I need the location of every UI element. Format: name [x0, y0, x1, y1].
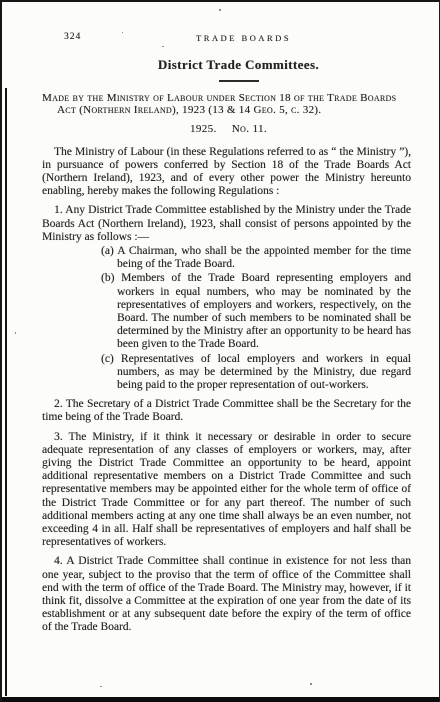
- regulation-1: 1. Any District Trade Committee establis…: [42, 204, 411, 244]
- regulation-1-subitem-b: (b) Members of the Trade Board represent…: [101, 272, 411, 351]
- subitem-c-text: Representatives of local employers and w…: [117, 353, 411, 391]
- regulation-1-subitem-a: (a) A Chairman, who shall be the appoint…: [101, 245, 411, 271]
- instrument-number: No. 11.: [232, 123, 267, 135]
- bottom-scan-bar: [2, 697, 439, 702]
- gutter-scan-line: [5, 88, 7, 696]
- regulation-4-text: A District Trade Committee shall continu…: [42, 555, 411, 633]
- regulation-2-text: The Secretary of a District Trade Commit…: [42, 398, 411, 423]
- regulation-3-text: The Ministry, if it think it necessary o…: [42, 431, 411, 549]
- subitem-b-label: (b): [101, 272, 114, 284]
- regulation-4-number: 4.: [54, 555, 63, 567]
- scanned-document-page: 324 TRADE BOARDS District Trade Committe…: [0, 0, 440, 702]
- running-header: TRADE BOARDS: [196, 33, 291, 43]
- preamble-paragraph: The Ministry of Labour (in these Regulat…: [42, 146, 411, 199]
- subitem-b-text: Members of the Trade Board representing …: [117, 272, 411, 350]
- regulations-body: The Ministry of Labour (in these Regulat…: [42, 146, 411, 635]
- instrument-number-line: 1925.No. 11.: [44, 123, 413, 135]
- scan-speck: [100, 686, 102, 687]
- scan-speck: [310, 683, 312, 685]
- subitem-a-text: A Chairman, who shall be the appointed m…: [117, 245, 411, 270]
- regulation-3-number: 3.: [54, 431, 63, 443]
- scan-speck: [162, 46, 164, 47]
- page-header: 324 TRADE BOARDS: [42, 32, 411, 45]
- regulation-3: 3. The Ministry, if it think it necessar…: [42, 431, 411, 550]
- subitem-a-label: (a): [101, 245, 114, 257]
- page-number: 324: [64, 32, 81, 42]
- scan-speck: [397, 249, 398, 251]
- regulation-1-text: Any District Trade Committee established…: [42, 204, 411, 242]
- instrument-year: 1925.: [190, 123, 217, 135]
- subitem-c-label: (c): [101, 353, 114, 365]
- scan-speck: [219, 9, 221, 11]
- regulation-4: 4. A District Trade Committee shall cont…: [42, 555, 411, 634]
- regulation-2: 2. The Secretary of a District Trade Com…: [42, 398, 411, 424]
- regulation-1-subitem-c: (c) Representatives of local employers a…: [101, 353, 411, 393]
- regulation-2-number: 2.: [54, 398, 63, 410]
- title-rule: [219, 80, 259, 82]
- regulation-1-number: 1.: [54, 204, 63, 216]
- document-title: District Trade Committees.: [54, 57, 423, 73]
- page-content: 324 TRADE BOARDS District Trade Committe…: [2, 2, 439, 635]
- scan-speck: [122, 32, 123, 33]
- made-by-citation: Made by the Ministry of Labour under Sec…: [42, 92, 411, 117]
- scan-speck: [15, 332, 16, 334]
